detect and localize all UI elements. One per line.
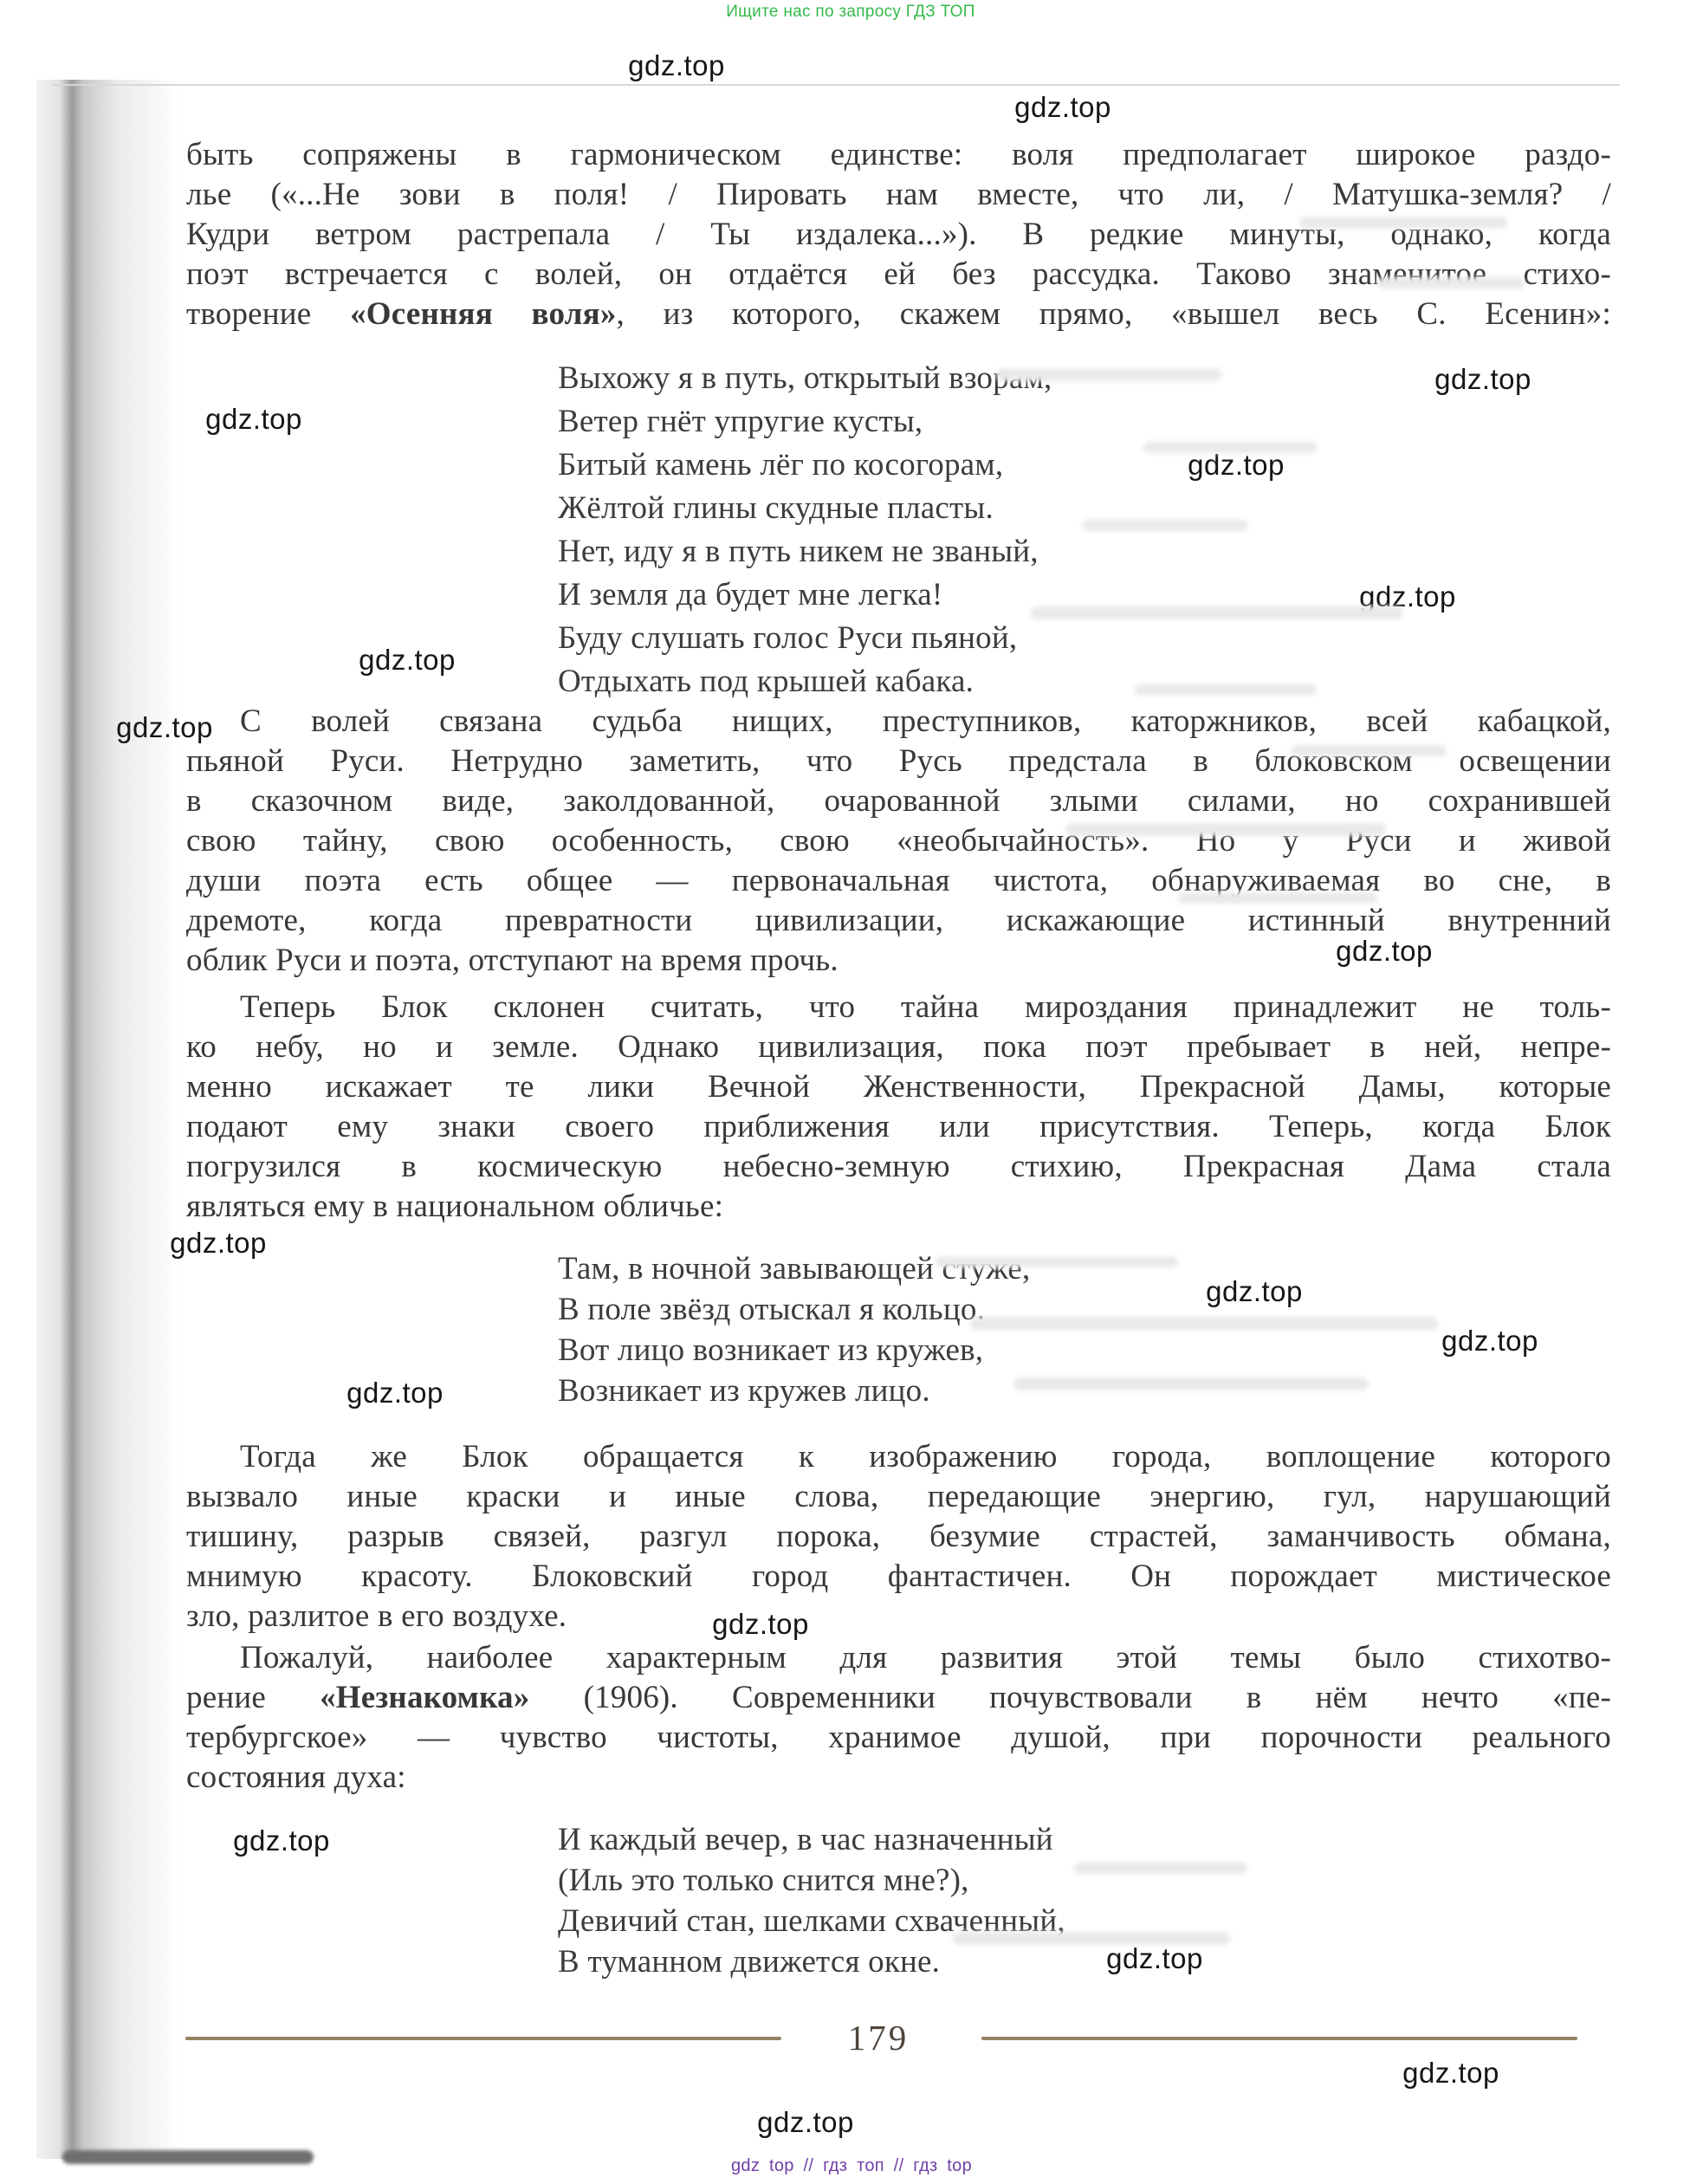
footer-rule-left bbox=[185, 2037, 781, 2040]
text-line: подают ему знаки своего приближения или … bbox=[186, 1107, 1611, 1147]
text-line: Тогда же Блок обращается к изображению г… bbox=[186, 1437, 1611, 1477]
text-line: тербургское» — чувство чистоты, хранимое… bbox=[186, 1718, 1611, 1758]
scan-bleed-artifact bbox=[936, 1256, 1178, 1267]
paragraph-3: Теперь Блок склонен считать, что тайна м… bbox=[186, 988, 1611, 1227]
text-line: творение «Осенняя воля», из которого, ск… bbox=[186, 295, 1611, 334]
text-line: Нет, иду я в путь никем не званый, bbox=[558, 530, 1511, 574]
watermark-text: gdz.top bbox=[1206, 1275, 1303, 1308]
promo-banner: Ищите нас по запросу ГДЗ ТОП bbox=[504, 3, 1197, 22]
text-line: состояния духа: bbox=[186, 1758, 1611, 1798]
scan-bleed-artifact bbox=[953, 1932, 1230, 1945]
watermark-text: gdz.top bbox=[628, 49, 725, 82]
text-line: свою тайну, свою особенность, свою «необ… bbox=[186, 821, 1611, 861]
watermark-text: gdz.top bbox=[1402, 2057, 1499, 2090]
scan-bleed-artifact bbox=[1377, 277, 1525, 288]
poem-quote-3: И каждый вечер, в час назначенный(Иль эт… bbox=[558, 1819, 1511, 1982]
scan-bleed-artifact bbox=[1178, 892, 1377, 904]
paragraph-4: Тогда же Блок обращается к изображению г… bbox=[186, 1437, 1611, 1636]
watermark-text: gdz.top bbox=[205, 403, 302, 436]
paragraph-1: быть сопряжены в гармоническом единстве:… bbox=[186, 135, 1611, 334]
text-line: Битый камень лёг по косогорам, bbox=[558, 444, 1511, 487]
watermark-text: gdz.top bbox=[1188, 449, 1285, 482]
text-line: поэт встречается с волей, он отдаётся ей… bbox=[186, 255, 1611, 295]
scan-bleed-artifact bbox=[1065, 823, 1386, 836]
text-line: в сказочном виде, заколдованной, очарова… bbox=[186, 781, 1611, 821]
watermark-text: gdz.top bbox=[233, 1824, 330, 1857]
text-line: зло, разлитое в его воздухе. bbox=[186, 1597, 1611, 1636]
page-gutter-shadow bbox=[36, 80, 179, 2159]
footer-rule-right bbox=[981, 2037, 1577, 2040]
watermark-text: gdz.top bbox=[359, 644, 456, 677]
page-number: 179 bbox=[825, 2017, 932, 2058]
text-line: лье («...Не зови в поля! / Пировать нам … bbox=[186, 175, 1611, 215]
text-line: Вот лицо возникает из кружев, bbox=[558, 1330, 1511, 1371]
watermark-text: gdz.top bbox=[116, 711, 213, 744]
text-line: менно искажает те лики Вечной Женственно… bbox=[186, 1067, 1611, 1107]
paragraph-5: Пожалуй, наиболее характерным для развит… bbox=[186, 1638, 1611, 1798]
scan-bleed-artifact bbox=[1135, 684, 1317, 696]
watermark-text: gdz.top bbox=[1441, 1325, 1538, 1358]
poem-quote-1: Выхожу я в путь, открытый взорам,Ветер г… bbox=[558, 357, 1511, 703]
watermark-text: gdz.top bbox=[170, 1227, 267, 1260]
text-line: являться ему в национальном обличье: bbox=[186, 1187, 1611, 1227]
text-line: С волей связана судьба нищих, преступник… bbox=[186, 702, 1611, 742]
scan-bleed-artifact bbox=[1031, 606, 1403, 619]
text-line: мнимую красоту. Блоковский город фантаст… bbox=[186, 1557, 1611, 1597]
book-page: Ищите нас по запросу ГДЗ ТОП быть сопряж… bbox=[0, 0, 1703, 2184]
text-line: быть сопряжены в гармоническом единстве:… bbox=[186, 135, 1611, 175]
text-line: Ветер гнёт упругие кусты, bbox=[558, 400, 1511, 444]
text-line: рение «Незнакомка» (1906). Современники … bbox=[186, 1678, 1611, 1718]
watermark-text: gdz.top bbox=[712, 1608, 809, 1641]
text-line: Там, в ночной завывающей стуже, bbox=[558, 1248, 1511, 1289]
page-top-edge bbox=[52, 84, 1620, 86]
scan-bleed-artifact bbox=[1143, 442, 1317, 453]
text-line: В туманном движется окне. bbox=[558, 1941, 1511, 1982]
watermark-text: gdz.top bbox=[1336, 935, 1433, 968]
scan-bleed-artifact bbox=[1291, 745, 1447, 756]
text-line: Буду слушать голос Руси пьяной, bbox=[558, 617, 1511, 660]
text-line: И каждый вечер, в час назначенный bbox=[558, 1819, 1511, 1860]
scan-bleed-artifact bbox=[996, 368, 1221, 381]
text-line: погрузился в космическую небесно-земную … bbox=[186, 1147, 1611, 1187]
watermark-text: gdz.top bbox=[346, 1377, 444, 1410]
footer-links[interactable]: gdz top // гдз топ // гдз top bbox=[0, 2156, 1703, 2176]
text-line: тишину, разрыв связей, разгул порока, бе… bbox=[186, 1517, 1611, 1557]
text-line: Пожалуй, наиболее характерным для развит… bbox=[186, 1638, 1611, 1678]
text-line: Жёлтой глины скудные пласты. bbox=[558, 487, 1511, 530]
scan-bleed-artifact bbox=[1083, 520, 1247, 531]
watermark-text: gdz.top bbox=[1014, 91, 1111, 124]
scan-bleed-artifact bbox=[1013, 1377, 1369, 1390]
text-line: вызвало иные краски и иные слова, переда… bbox=[186, 1477, 1611, 1517]
text-line: Отдыхать под крышей кабака. bbox=[558, 660, 1511, 703]
text-line: Теперь Блок склонен считать, что тайна м… bbox=[186, 988, 1611, 1027]
watermark-text: gdz.top bbox=[1106, 1942, 1203, 1975]
watermark-text: gdz.top bbox=[757, 2106, 854, 2139]
scan-bleed-artifact bbox=[1074, 1863, 1247, 1874]
scan-bleed-artifact bbox=[970, 1317, 1438, 1330]
watermark-text: gdz.top bbox=[1434, 363, 1531, 396]
text-line: (Иль это только снится мне?), bbox=[558, 1860, 1511, 1901]
text-line: души поэта есть общее — первоначальная ч… bbox=[186, 861, 1611, 901]
text-line: ко небу, но и земле. Однако цивилизация,… bbox=[186, 1027, 1611, 1067]
scan-bleed-artifact bbox=[1299, 217, 1507, 229]
